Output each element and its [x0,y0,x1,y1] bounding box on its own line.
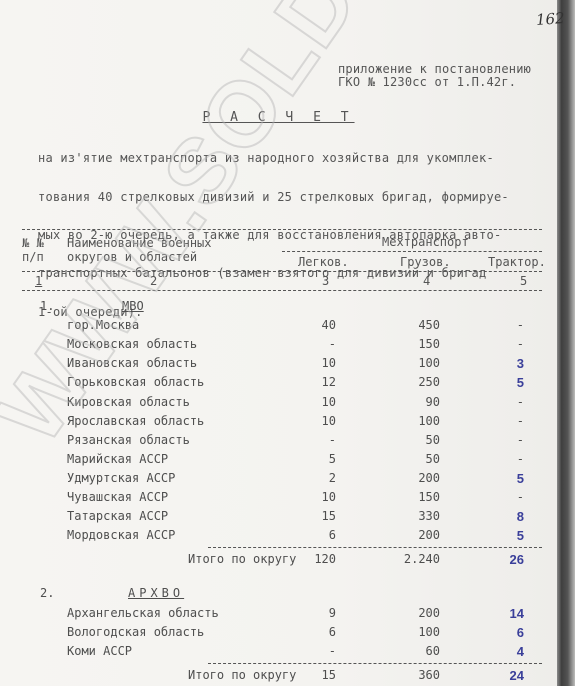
section-header: 2.АРХВО [0,584,557,603]
cell-light: - [300,335,336,354]
total-light: 120 [300,550,336,569]
cell-name: Удмуртская АССР [67,469,175,488]
cell-light: 12 [300,373,336,392]
document-title: Р А С Ч Е Т [0,110,557,125]
cell-tractors: 6 [480,623,524,642]
intro-line: на из'ятие мехтранспорта из народного хо… [38,149,538,168]
header-group-mechtransport: Мехтранспорт [382,235,469,249]
cell-tractors: - [480,431,524,450]
page-edge-shadow [557,0,575,686]
column-number-2: 2 [150,274,157,288]
cell-light: 2 [300,469,336,488]
cell-name: Горьковская область [67,373,204,392]
cell-tractors: - [480,488,524,507]
cell-name: Марийская АССР [67,450,168,469]
cell-name: гор.Москва [67,316,139,335]
cell-light: 6 [300,526,336,545]
cell-tractors: 14 [480,604,524,623]
cell-trucks: 60 [380,642,440,661]
total-rule [208,547,542,548]
cell-tractors: 8 [480,507,524,526]
total-light: 15 [300,666,336,685]
cell-trucks: 100 [380,412,440,431]
header-group-rule [282,251,542,252]
cell-light: 9 [300,604,336,623]
cell-name: Кировская область [67,393,190,412]
district-name: МВО [122,297,144,316]
table-row: Горьковская область122505 [0,373,557,392]
table-row: Чувашская АССР10150- [0,488,557,507]
cell-light: 10 [300,393,336,412]
cell-trucks: 100 [380,354,440,373]
cell-light: 10 [300,412,336,431]
cell-trucks: 200 [380,526,440,545]
cell-tractors: - [480,393,524,412]
cell-trucks: 50 [380,431,440,450]
cell-light: 10 [300,354,336,373]
table-row: Татарская АССР153308 [0,507,557,526]
cell-light: 15 [300,507,336,526]
cell-trucks: 90 [380,393,440,412]
cell-tractors: 26 [480,550,524,569]
cell-light: 10 [300,488,336,507]
cell-trucks: 100 [380,623,440,642]
cell-tractors: 3 [480,354,524,373]
cell-trucks: 50 [380,450,440,469]
cell-tractors: 5 [480,373,524,392]
table-row: Вологодская область61006 [0,623,557,642]
cell-tractors: - [480,335,524,354]
cell-light: 6 [300,623,336,642]
header-tractors: Трактор. [488,255,546,269]
cell-tractors: 4 [480,642,524,661]
column-numbers-rule [22,290,542,291]
cell-trucks: 150 [380,335,440,354]
header-light: Легков. [298,255,349,269]
cell-name: Ярославская область [67,412,204,431]
cell-trucks: 200 [380,469,440,488]
table-row: Коми АССР-604 [0,642,557,661]
cell-tractors: - [480,316,524,335]
total-label: Итого по округу [188,550,296,569]
cell-name: Рязанская область [67,431,190,450]
header-bottom-rule [22,271,542,272]
cell-light: - [300,642,336,661]
intro-line: транспортных батальонов (взамен взятого … [38,264,538,283]
table-top-rule [22,229,542,230]
appendix-reference: приложение к постановлению ГКО № 1230сс … [338,63,531,89]
cell-trucks: 200 [380,604,440,623]
cell-name: Архангельская область [67,604,219,623]
cell-trucks: 250 [380,373,440,392]
column-number-5: 5 [520,274,527,288]
total-trucks: 360 [380,666,440,685]
table-row: Ивановская область101003 [0,354,557,373]
total-trucks: 2.240 [380,550,440,569]
table-row: Ярославская область10100- [0,412,557,431]
intro-line: тования 40 стрелковых дивизий и 25 стрел… [38,188,538,207]
table-row: Рязанская область-50- [0,431,557,450]
cell-trucks: 330 [380,507,440,526]
section-header: 1.МВО [0,297,557,316]
cell-light: - [300,431,336,450]
header-trucks: Грузов. [400,255,451,269]
cell-name: Московская область [67,335,197,354]
column-number-3: 3 [322,274,329,288]
total-label: Итого по округу [188,666,296,685]
cell-name: Вологодская область [67,623,204,642]
table-row: Московская область-150- [0,335,557,354]
cell-name: Чувашская АССР [67,488,168,507]
table-row: Архангельская область920014 [0,604,557,623]
total-row: Итого по округу1202.24026 [0,550,557,569]
section-number: 1. [40,297,54,316]
cell-trucks: 150 [380,488,440,507]
district-name: АРХВО [128,584,184,603]
cell-name: Коми АССР [67,642,132,661]
cell-light: 5 [300,450,336,469]
cell-trucks: 450 [380,316,440,335]
table-row: Кировская область1090- [0,393,557,412]
cell-light: 40 [300,316,336,335]
cell-tractors: 5 [480,526,524,545]
table-row: Мордовская АССР62005 [0,526,557,545]
header-number: № № п/п [22,236,44,264]
cell-name: Мордовская АССР [67,526,175,545]
cell-tractors: 5 [480,469,524,488]
header-name: Наименование военных округов и областей [67,236,212,264]
column-number-1: 1 [35,274,42,288]
table-row: гор.Москва40450- [0,316,557,335]
cell-tractors: - [480,450,524,469]
table-row: Удмуртская АССР22005 [0,469,557,488]
total-row: Итого по округу1536024 [0,666,557,685]
cell-name: Ивановская область [67,354,197,373]
cell-tractors: - [480,412,524,431]
column-number-4: 4 [423,274,430,288]
cell-name: Татарская АССР [67,507,168,526]
total-rule [208,663,542,664]
section-number: 2. [40,584,54,603]
folio-number: 162 [535,9,565,29]
cell-tractors: 24 [480,666,524,685]
table-row: Марийская АССР550- [0,450,557,469]
appendix-line: ГКО № 1230сс от 1.П.42г. [338,76,531,89]
